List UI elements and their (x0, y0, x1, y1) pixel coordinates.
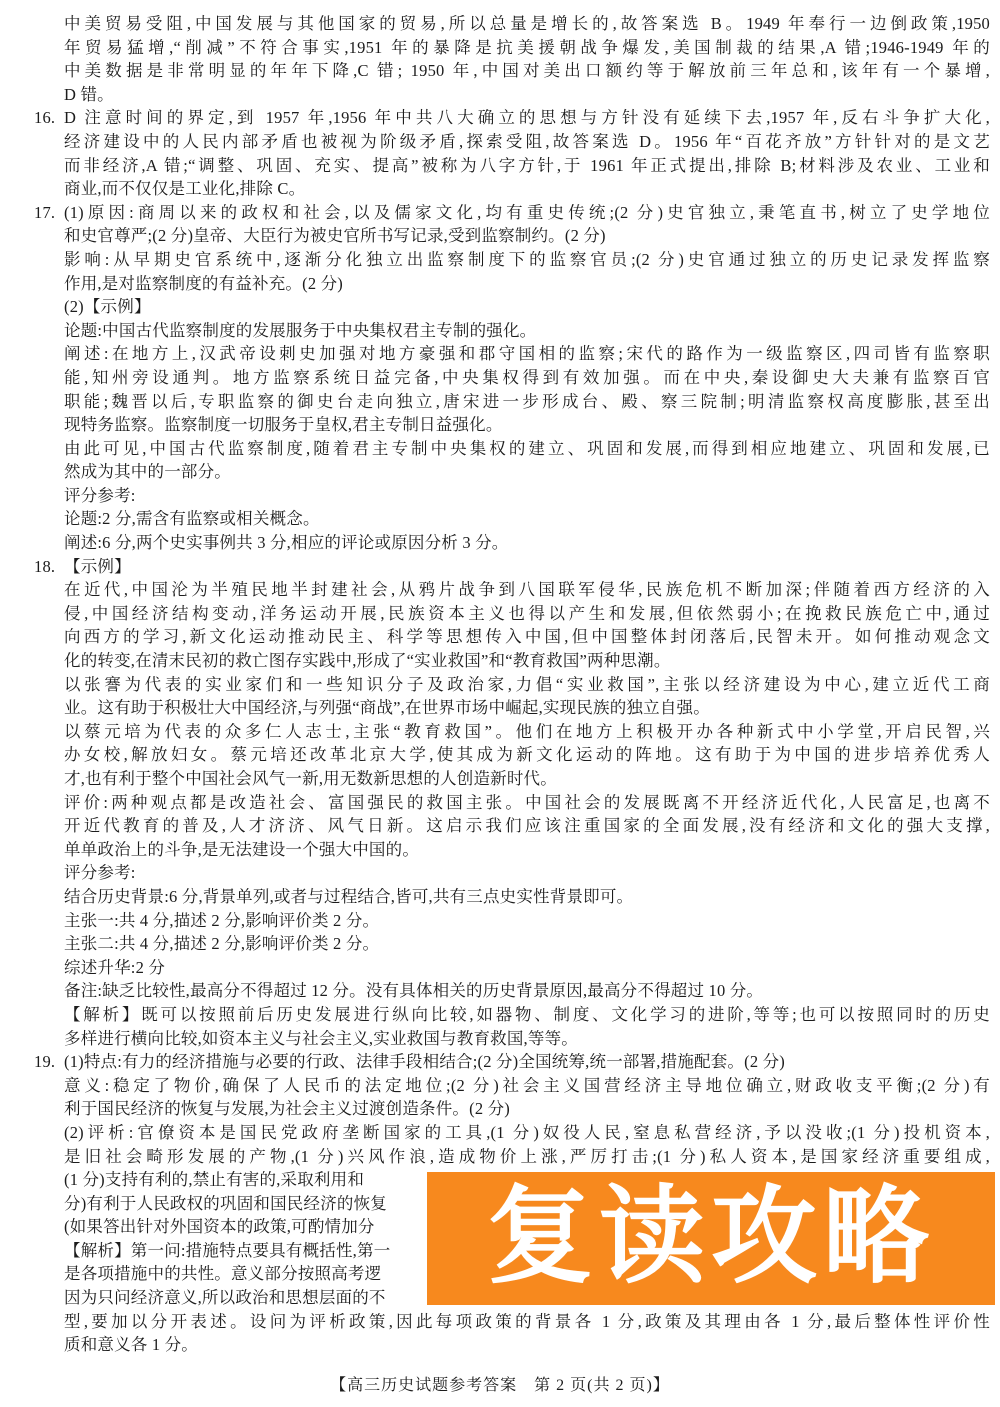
answer-line: 开近代教育的普及,人才济济、风气日新。这启示我们应该注重国家的全面发展,没有经济… (64, 814, 990, 838)
line-text: 评价:两种观点都是改造社会、富国强民的救国主张。中国社会的发展既离不开经济近代化… (64, 791, 990, 815)
answer-line: 阐述:在地方上,汉武帝设刺史加强对地方豪强和郡守国相的监察;宋代的路作为一级监察… (64, 342, 990, 366)
answer-line: 才,也有利于整个中国社会风气一新,用无数新思想的人创造新时代。 (64, 767, 990, 791)
item-number: 18. (34, 555, 55, 579)
line-text: 利于国民经济的恢复与发展,为社会主义过渡创造条件。(2 分) (64, 1097, 990, 1121)
answer-line: 16.D 注意时间的界定,到 1957 年,1956 年中共八大确立的思想与方针… (64, 106, 990, 130)
answer-line: 评价:两种观点都是改造社会、富国强民的救国主张。中国社会的发展既离不开经济近代化… (64, 791, 990, 815)
line-text: 向西方的学习,新文化运动推动民主、科学等思想传入中国,但中国整体封闭落后,民智未… (64, 625, 990, 649)
line-text: 主张一:共 4 分,描述 2 分,影响评价类 2 分。 (64, 909, 990, 933)
line-text: 中美贸易受阻,中国发展与其他国家的贸易,所以总量是增长的,故答案选 B。1949… (64, 12, 990, 36)
answer-line: 中美贸易受阻,中国发展与其他国家的贸易,所以总量是增长的,故答案选 B。1949… (64, 12, 990, 36)
answer-line: 以张謇为代表的实业家们和一些知识分子及政治家,力倡“实业救国”,主张以经济建设为… (64, 673, 990, 697)
answer-line: 主张一:共 4 分,描述 2 分,影响评价类 2 分。 (64, 909, 990, 933)
answer-line: 评分参考: (64, 861, 990, 885)
line-text: (1)原因:商周以来的政权和社会,以及儒家文化,均有重史传统;(2 分)史官独立… (64, 201, 990, 225)
answer-line: 论题:中国古代监察制度的发展服务于中央集权君主专制的强化。 (64, 319, 990, 343)
answer-line: 利于国民经济的恢复与发展,为社会主义过渡创造条件。(2 分) (64, 1097, 990, 1121)
line-text: 作用,是对监察制度的有益补充。(2 分) (64, 272, 990, 296)
answer-line: 单单政治上的斗争,是无法建设一个强大中国的。 (64, 838, 990, 862)
line-text: 在近代,中国沦为半殖民地半封建社会,从鸦片战争到八国联军侵华,民族危机不断加深;… (64, 578, 990, 602)
line-text: 【示例】 (64, 555, 990, 579)
line-text: 开近代教育的普及,人才济济、风气日新。这启示我们应该注重国家的全面发展,没有经济… (64, 814, 990, 838)
line-text: 和史官尊严;(2 分)皇帝、大臣行为被史官所书写记录,受到监察制约。(2 分) (64, 224, 990, 248)
line-text: 由此可见,中国古代监察制度,随着君主专制中央集权的建立、巩固和发展,而得到相应地… (64, 437, 990, 461)
answer-lines: 中美贸易受阻,中国发展与其他国家的贸易,所以总量是增长的,故答案选 B。1949… (64, 12, 990, 1357)
answer-line: 18.【示例】 (64, 555, 990, 579)
line-text: 论题:2 分,需含有监察或相关概念。 (64, 507, 990, 531)
line-text: 评分参考: (64, 484, 990, 508)
answer-line: 备注:缺乏比较性,最高分不得超过 12 分。没有具体相关的历史背景原因,最高分不… (64, 979, 990, 1003)
line-text: 备注:缺乏比较性,最高分不得超过 12 分。没有具体相关的历史背景原因,最高分不… (64, 979, 990, 1003)
answer-line: D 错。 (64, 83, 990, 107)
answer-line: 【解析】既可以按照前后历史发展进行纵向比较,如器物、制度、文化学习的进阶,等等;… (64, 1003, 990, 1027)
line-text: 侵,中国经济结构变动,洋务运动开展,民族资本主义也得以产生和发展,但依然弱小;在… (64, 602, 990, 626)
item-number: 19. (34, 1050, 55, 1074)
line-text: 质和意义各 1 分。 (64, 1333, 990, 1357)
line-text: (1)特点:有力的经济措施与必要的行政、法律手段相结合;(2 分)全国统筹,统一… (64, 1050, 990, 1074)
line-text: 单单政治上的斗争,是无法建设一个强大中国的。 (64, 838, 990, 862)
answer-line: 论题:2 分,需含有监察或相关概念。 (64, 507, 990, 531)
answer-line: 中美数据是非常明显的年年下降,C 错; 1950 年,中国对美出口额约等于解放前… (64, 59, 990, 83)
answer-line: 型,要加以分开表述。设问为评析政策,因此每项政策的背景各 1 分,政策及其理由各… (64, 1310, 990, 1334)
answer-line: 影响:从早期史官系统中,逐渐分化独立出监察制度下的监察官员;(2 分)史官通过独… (64, 248, 990, 272)
answer-line: 职能;魏晋以后,专职监察的御史台走向独立,唐宋进一步形成台、殿、察三院制;明清监… (64, 390, 990, 414)
answer-line: 业。这有助于积极壮大中国经济,与列强“商战”,在世界市场中崛起,实现民族的独立自… (64, 696, 990, 720)
line-text: (2)【示例】 (64, 295, 990, 319)
line-text: 论题:中国古代监察制度的发展服务于中央集权君主专制的强化。 (64, 319, 990, 343)
answer-line: 在近代,中国沦为半殖民地半封建社会,从鸦片战争到八国联军侵华,民族危机不断加深;… (64, 578, 990, 602)
answer-line: 主张二:共 4 分,描述 2 分,影响评价类 2 分。 (64, 932, 990, 956)
line-text: 【解析】既可以按照前后历史发展进行纵向比较,如器物、制度、文化学习的进阶,等等;… (64, 1003, 990, 1027)
line-text: 是旧社会畸形发展的产物,(1 分)兴风作浪,造成物价上涨,严厉打击;(1 分)私… (64, 1145, 990, 1169)
line-text: 业。这有助于积极壮大中国经济,与列强“商战”,在世界市场中崛起,实现民族的独立自… (64, 696, 990, 720)
answer-line: 质和意义各 1 分。 (64, 1333, 990, 1357)
answer-line: 以蔡元培为代表的众多仁人志士,主张“教育救国”。他们在地方上积极开办各种新式中小… (64, 720, 990, 744)
answer-line: 17.(1)原因:商周以来的政权和社会,以及儒家文化,均有重史传统;(2 分)史… (64, 201, 990, 225)
line-text: 阐述:在地方上,汉武帝设刺史加强对地方豪强和郡守国相的监察;宋代的路作为一级监察… (64, 342, 990, 366)
page-footer: 【高三历史试题参考答案 第 2 页(共 2 页)】 (0, 1372, 1000, 1395)
line-text: 评分参考: (64, 861, 990, 885)
answer-line: 向西方的学习,新文化运动推动民主、科学等思想传入中国,但中国整体封闭落后,民智未… (64, 625, 990, 649)
line-text: 影响:从早期史官系统中,逐渐分化独立出监察制度下的监察官员;(2 分)史官通过独… (64, 248, 990, 272)
line-text: (2)评析:官僚资本是国民党政府垄断国家的工具,(1 分)奴役人民,窒息私营经济… (64, 1121, 990, 1145)
answer-line: 侵,中国经济结构变动,洋务运动开展,民族资本主义也得以产生和发展,但依然弱小;在… (64, 602, 990, 626)
line-text: 综述升华:2 分 (64, 956, 990, 980)
line-text: 化的转变,在清末民初的救亡图存实践中,形成了“实业救国”和“教育救国”两种思潮。 (64, 649, 990, 673)
answer-line: 和史官尊严;(2 分)皇帝、大臣行为被史官所书写记录,受到监察制约。(2 分) (64, 224, 990, 248)
line-text: 多样进行横向比较,如资本主义与社会主义,实业救国与教育救国,等等。 (64, 1027, 990, 1051)
line-text: 商业,而不仅仅是工业化,排除 C。 (64, 177, 990, 201)
line-text: 办女校,解放妇女。蔡元培还改革北京大学,使其成为新文化运动的阵地。这有助于为中国… (64, 743, 990, 767)
line-text: 意义:稳定了物价,确保了人民币的法定地位;(2 分)社会主义国营经济主导地位确立… (64, 1074, 990, 1098)
answer-line: 多样进行横向比较,如资本主义与社会主义,实业救国与教育救国,等等。 (64, 1027, 990, 1051)
line-text: 阐述:6 分,两个史实事例共 3 分,相应的评论或原因分析 3 分。 (64, 531, 990, 555)
line-text: 结合历史背景:6 分,背景单列,或者与过程结合,皆可,共有三点史实性背景即可。 (64, 885, 990, 909)
line-text: 经济建设中的人民内部矛盾也被视为阶级矛盾,探索受阻,故答案选 D。1956 年“… (64, 130, 990, 154)
line-text: 能,知州旁设通判。地方监察系统日益完备,中央集权得到有效加强。而在中央,秦设御史… (64, 366, 990, 390)
answer-line: 然成为其中的一部分。 (64, 460, 990, 484)
answer-line: 19.(1)特点:有力的经济措施与必要的行政、法律手段相结合;(2 分)全国统筹… (64, 1050, 990, 1074)
answer-line: 能,知州旁设通判。地方监察系统日益完备,中央集权得到有效加强。而在中央,秦设御史… (64, 366, 990, 390)
answer-line: 办女校,解放妇女。蔡元培还改革北京大学,使其成为新文化运动的阵地。这有助于为中国… (64, 743, 990, 767)
line-text: D 错。 (64, 83, 990, 107)
line-text: 而非经济,A 错;“调整、巩固、充实、提高”被称为八字方针,于 1961 年正式… (64, 154, 990, 178)
line-text: 主张二:共 4 分,描述 2 分,影响评价类 2 分。 (64, 932, 990, 956)
answer-line: 作用,是对监察制度的有益补充。(2 分) (64, 272, 990, 296)
answer-line: 综述升华:2 分 (64, 956, 990, 980)
answer-line: 现特务监察。监察制度一切服务于皇权,君主专制日益强化。 (64, 413, 990, 437)
line-text: D 注意时间的界定,到 1957 年,1956 年中共八大确立的思想与方针没有延… (64, 106, 990, 130)
answer-line: 意义:稳定了物价,确保了人民币的法定地位;(2 分)社会主义国营经济主导地位确立… (64, 1074, 990, 1098)
answer-line: 阐述:6 分,两个史实事例共 3 分,相应的评论或原因分析 3 分。 (64, 531, 990, 555)
answer-line: 结合历史背景:6 分,背景单列,或者与过程结合,皆可,共有三点史实性背景即可。 (64, 885, 990, 909)
answer-line: 评分参考: (64, 484, 990, 508)
line-text: 才,也有利于整个中国社会风气一新,用无数新思想的人创造新时代。 (64, 767, 990, 791)
line-text: 年贸易猛增,“削减”不符合事实,1951 年的暴降是抗美援朝战争爆发,美国制裁的… (64, 36, 990, 60)
line-text: 职能;魏晋以后,专职监察的御史台走向独立,唐宋进一步形成台、殿、察三院制;明清监… (64, 390, 990, 414)
item-number: 17. (34, 201, 55, 225)
answer-line: 经济建设中的人民内部矛盾也被视为阶级矛盾,探索受阻,故答案选 D。1956 年“… (64, 130, 990, 154)
answer-line: 而非经济,A 错;“调整、巩固、充实、提高”被称为八字方针,于 1961 年正式… (64, 154, 990, 178)
answer-line: (2)【示例】 (64, 295, 990, 319)
fudu-gonglue-watermark: 复读攻略 (427, 1172, 995, 1305)
line-text: 以蔡元培为代表的众多仁人志士,主张“教育救国”。他们在地方上积极开办各种新式中小… (64, 720, 990, 744)
answer-line: (2)评析:官僚资本是国民党政府垄断国家的工具,(1 分)奴役人民,窒息私营经济… (64, 1121, 990, 1145)
line-text: 以张謇为代表的实业家们和一些知识分子及政治家,力倡“实业救国”,主张以经济建设为… (64, 673, 990, 697)
item-number: 16. (34, 106, 55, 130)
line-text: 中美数据是非常明显的年年下降,C 错; 1950 年,中国对美出口额约等于解放前… (64, 59, 990, 83)
answer-line: 年贸易猛增,“削减”不符合事实,1951 年的暴降是抗美援朝战争爆发,美国制裁的… (64, 36, 990, 60)
line-text: 型,要加以分开表述。设问为评析政策,因此每项政策的背景各 1 分,政策及其理由各… (64, 1310, 990, 1334)
answer-line: 化的转变,在清末民初的救亡图存实践中,形成了“实业救国”和“教育救国”两种思潮。 (64, 649, 990, 673)
answer-line: 商业,而不仅仅是工业化,排除 C。 (64, 177, 990, 201)
answer-line: 是旧社会畸形发展的产物,(1 分)兴风作浪,造成物价上涨,严厉打击;(1 分)私… (64, 1145, 990, 1169)
answer-line: 由此可见,中国古代监察制度,随着君主专制中央集权的建立、巩固和发展,而得到相应地… (64, 437, 990, 461)
line-text: 现特务监察。监察制度一切服务于皇权,君主专制日益强化。 (64, 413, 990, 437)
answer-sheet-page: 中美贸易受阻,中国发展与其他国家的贸易,所以总量是增长的,故答案选 B。1949… (0, 0, 1000, 1407)
line-text: 然成为其中的一部分。 (64, 460, 990, 484)
